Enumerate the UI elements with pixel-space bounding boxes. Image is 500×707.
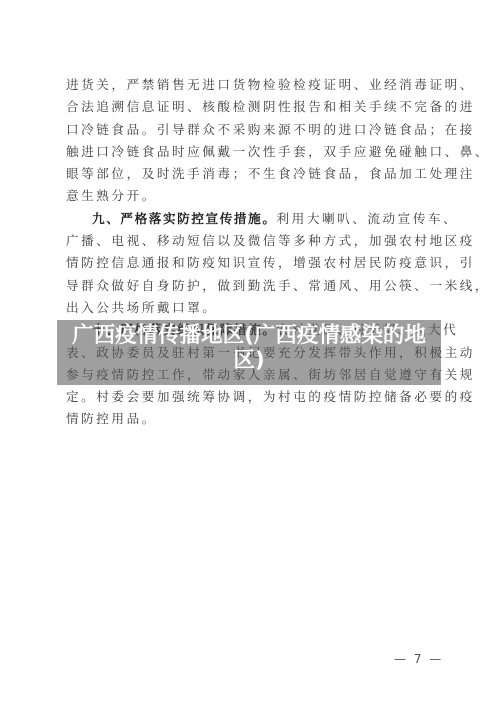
text-line: 口冷链食品。引导群众不采购来源不明的进口冷链食品；在接: [66, 119, 434, 141]
text-line: 广播、电视、移动短信以及微信等多种方式，加强农村地区疫: [66, 230, 434, 252]
title-overlay-banner: 广西疫情传播地区(广西疫情感染的地区): [57, 320, 441, 385]
text-line: 进货关，严禁销售无进口货物检验检疫证明、业经消毒证明、: [66, 74, 434, 96]
section-heading: 九、严格落实防控宣传措施。: [92, 211, 277, 226]
text-line: 眼等部位，及时洗手消毒；不生食冷链食品，食品加工处理注: [66, 163, 434, 185]
text-line: 定。村委会要加强统筹协调，为村屯的疫情防控储备必要的疫: [66, 386, 434, 408]
text-line: 触进口冷链食品时应佩戴一次性手套，双手应避免碰触口、鼻、: [66, 141, 434, 163]
text-line: 导群众做好自身防护，做到勤洗手、常通风、用公筷、一米线，: [66, 275, 434, 297]
page-number: — 7 —: [394, 652, 443, 666]
text-line: 意生熟分开。: [66, 185, 434, 207]
text-line: 合法追溯信息证明、核酸检测阴性报告和相关手续不完备的进: [66, 96, 434, 118]
text-line: 情防控信息通报和防疫知识宣传，增强农村居民防疫意识，引: [66, 252, 434, 274]
section-text: 利用大喇叭、流动宣传车、: [277, 211, 459, 226]
text-line: 情防控用品。: [66, 408, 434, 430]
section-nine-first-line: 九、严格落实防控宣传措施。利用大喇叭、流动宣传车、: [66, 208, 434, 230]
overlay-title: 广西疫情传播地区(广西疫情感染的地区): [57, 323, 441, 373]
text-line: 出入公共场所戴口罩。: [66, 297, 434, 319]
